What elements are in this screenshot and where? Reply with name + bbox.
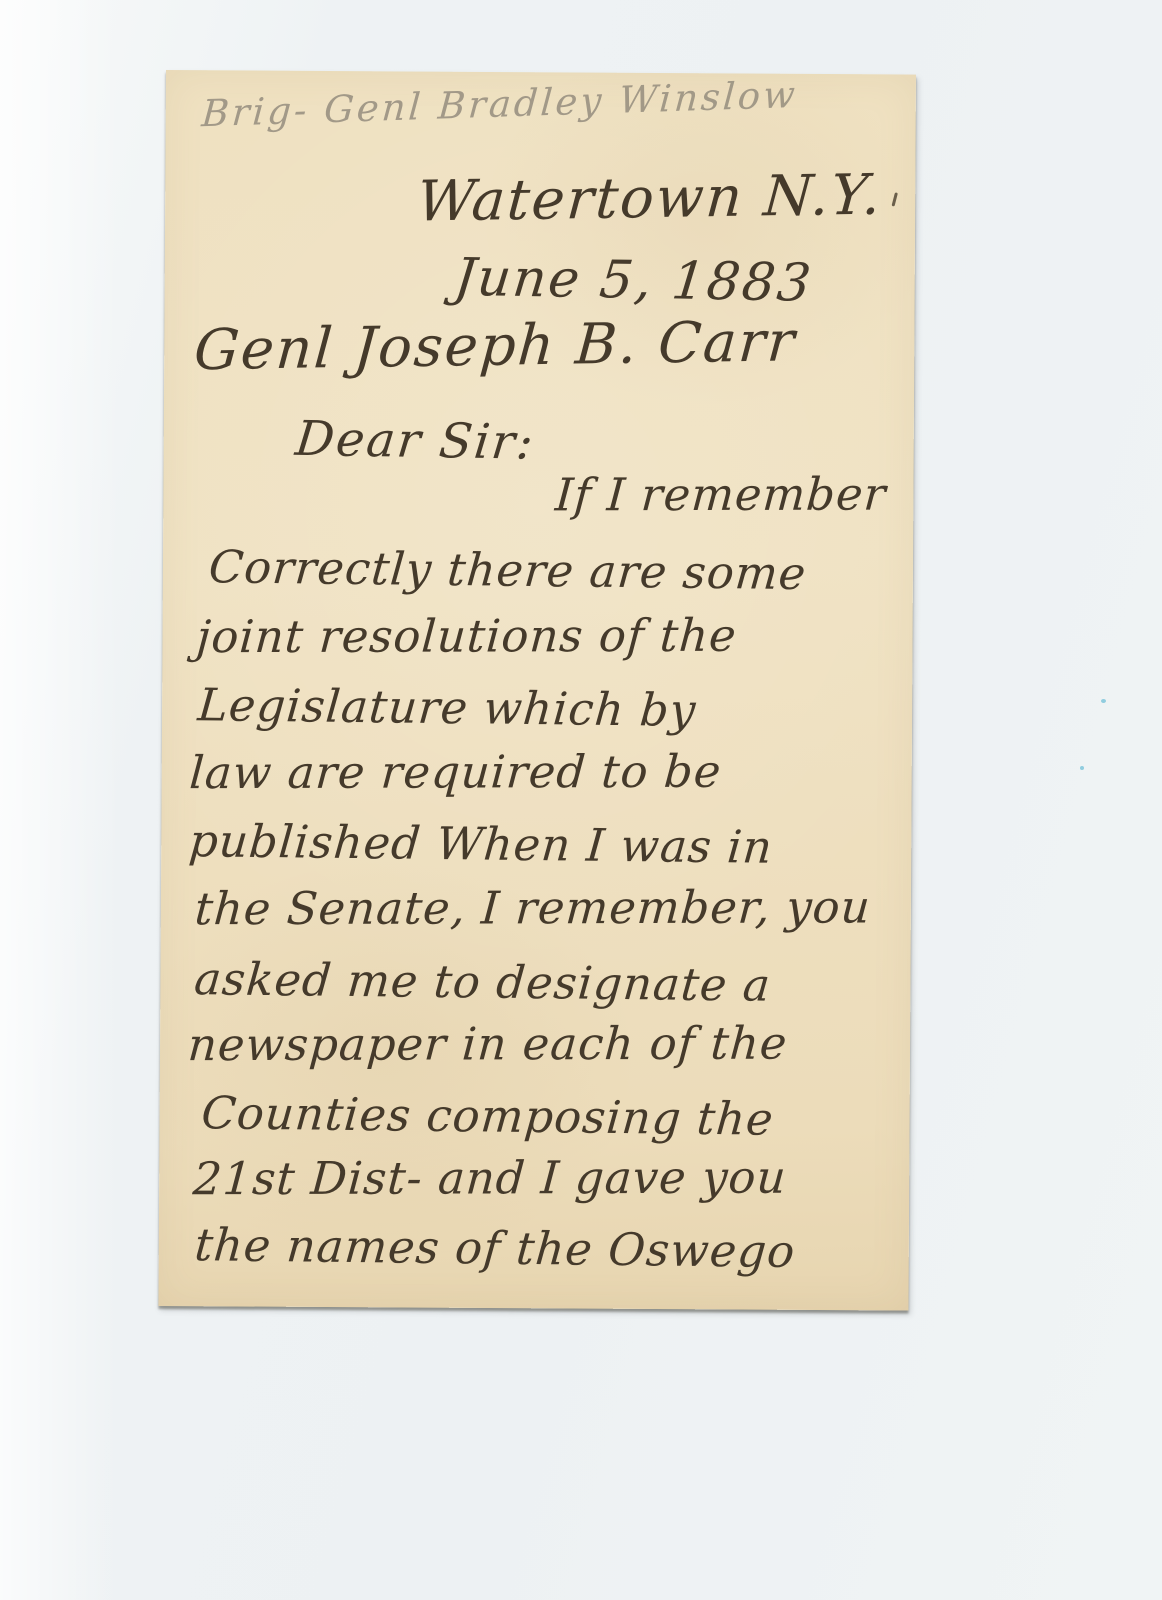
body-line: If I remember [554, 468, 888, 522]
blue-speck [1101, 699, 1106, 703]
stray-ink-mark [892, 192, 898, 206]
body-line: the names of the Oswego [193, 1218, 798, 1278]
body-line: 21st Dist- and I gave you [191, 1151, 788, 1206]
body-line: newspaper in each of the [186, 1017, 789, 1072]
letter-body: If I remember Correctly there are some j… [166, 70, 916, 75]
body-line: the Senate, I remember, you [193, 880, 872, 935]
blue-speck [1080, 766, 1084, 770]
body-line: joint resolutions of the [195, 609, 739, 663]
body-line: Counties composing the [199, 1086, 775, 1145]
body-line: published When I was in [187, 814, 775, 874]
letter-paper: Brig- Genl Bradley Winslow Watertown N.Y… [158, 70, 916, 1311]
place-line: Watertown N.Y. [415, 163, 885, 235]
date-line: June 5, 1883 [452, 248, 816, 314]
letter-scan-photo: Brig- Genl Bradley Winslow Watertown N.Y… [0, 0, 1162, 1600]
salutation-line: Dear Sir: [293, 411, 538, 471]
body-line: asked me to designate a [192, 952, 773, 1011]
body-line: Correctly there are some [207, 540, 809, 600]
body-line: law are required to be [188, 745, 723, 799]
pencil-annotation: Brig- Genl Bradley Winslow [200, 73, 799, 135]
recipient-line: Genl Joseph B. Carr [192, 309, 799, 383]
body-line: Legislature which by [196, 678, 698, 737]
